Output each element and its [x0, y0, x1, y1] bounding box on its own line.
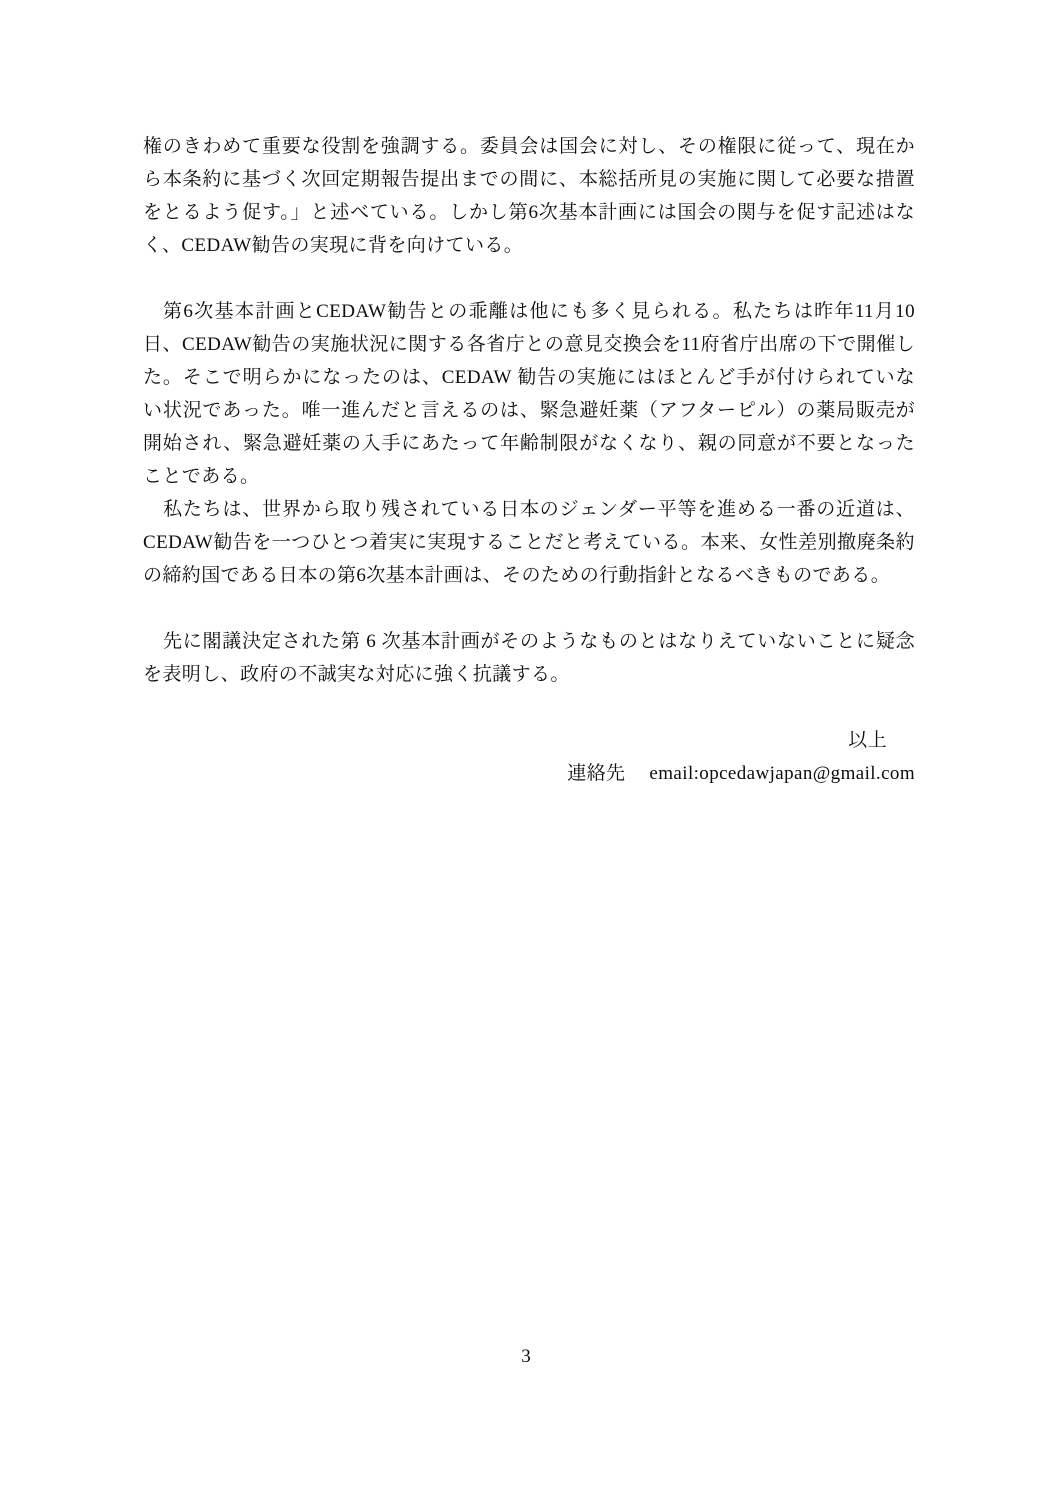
contact-label: 連絡先	[567, 763, 625, 784]
contact-line: 連絡先email:opcedawjapan@gmail.com	[143, 757, 915, 790]
document-page: 権のきわめて重要な役割を強調する。委員会は国会に対し、その権限に従って、現在から…	[0, 0, 1052, 1488]
paragraph-3: 私たちは、世界から取り残されている日本のジェンダー平等を進める一番の近道は、CE…	[143, 493, 915, 592]
paragraph-1: 権のきわめて重要な役割を強調する。委員会は国会に対し、その権限に従って、現在から…	[143, 130, 915, 262]
contact-email: email:opcedawjapan@gmail.com	[649, 763, 915, 784]
paragraph-2: 第6次基本計画とCEDAW勧告との乖離は他にも多く見られる。私たちは昨年11月1…	[143, 295, 915, 493]
page-number: 3	[0, 1346, 1052, 1368]
closing-statement: 以上	[143, 724, 915, 757]
paragraph-4: 先に閣議決定された第 6 次基本計画がそのようなものとはなりえていないことに疑念…	[143, 625, 915, 691]
